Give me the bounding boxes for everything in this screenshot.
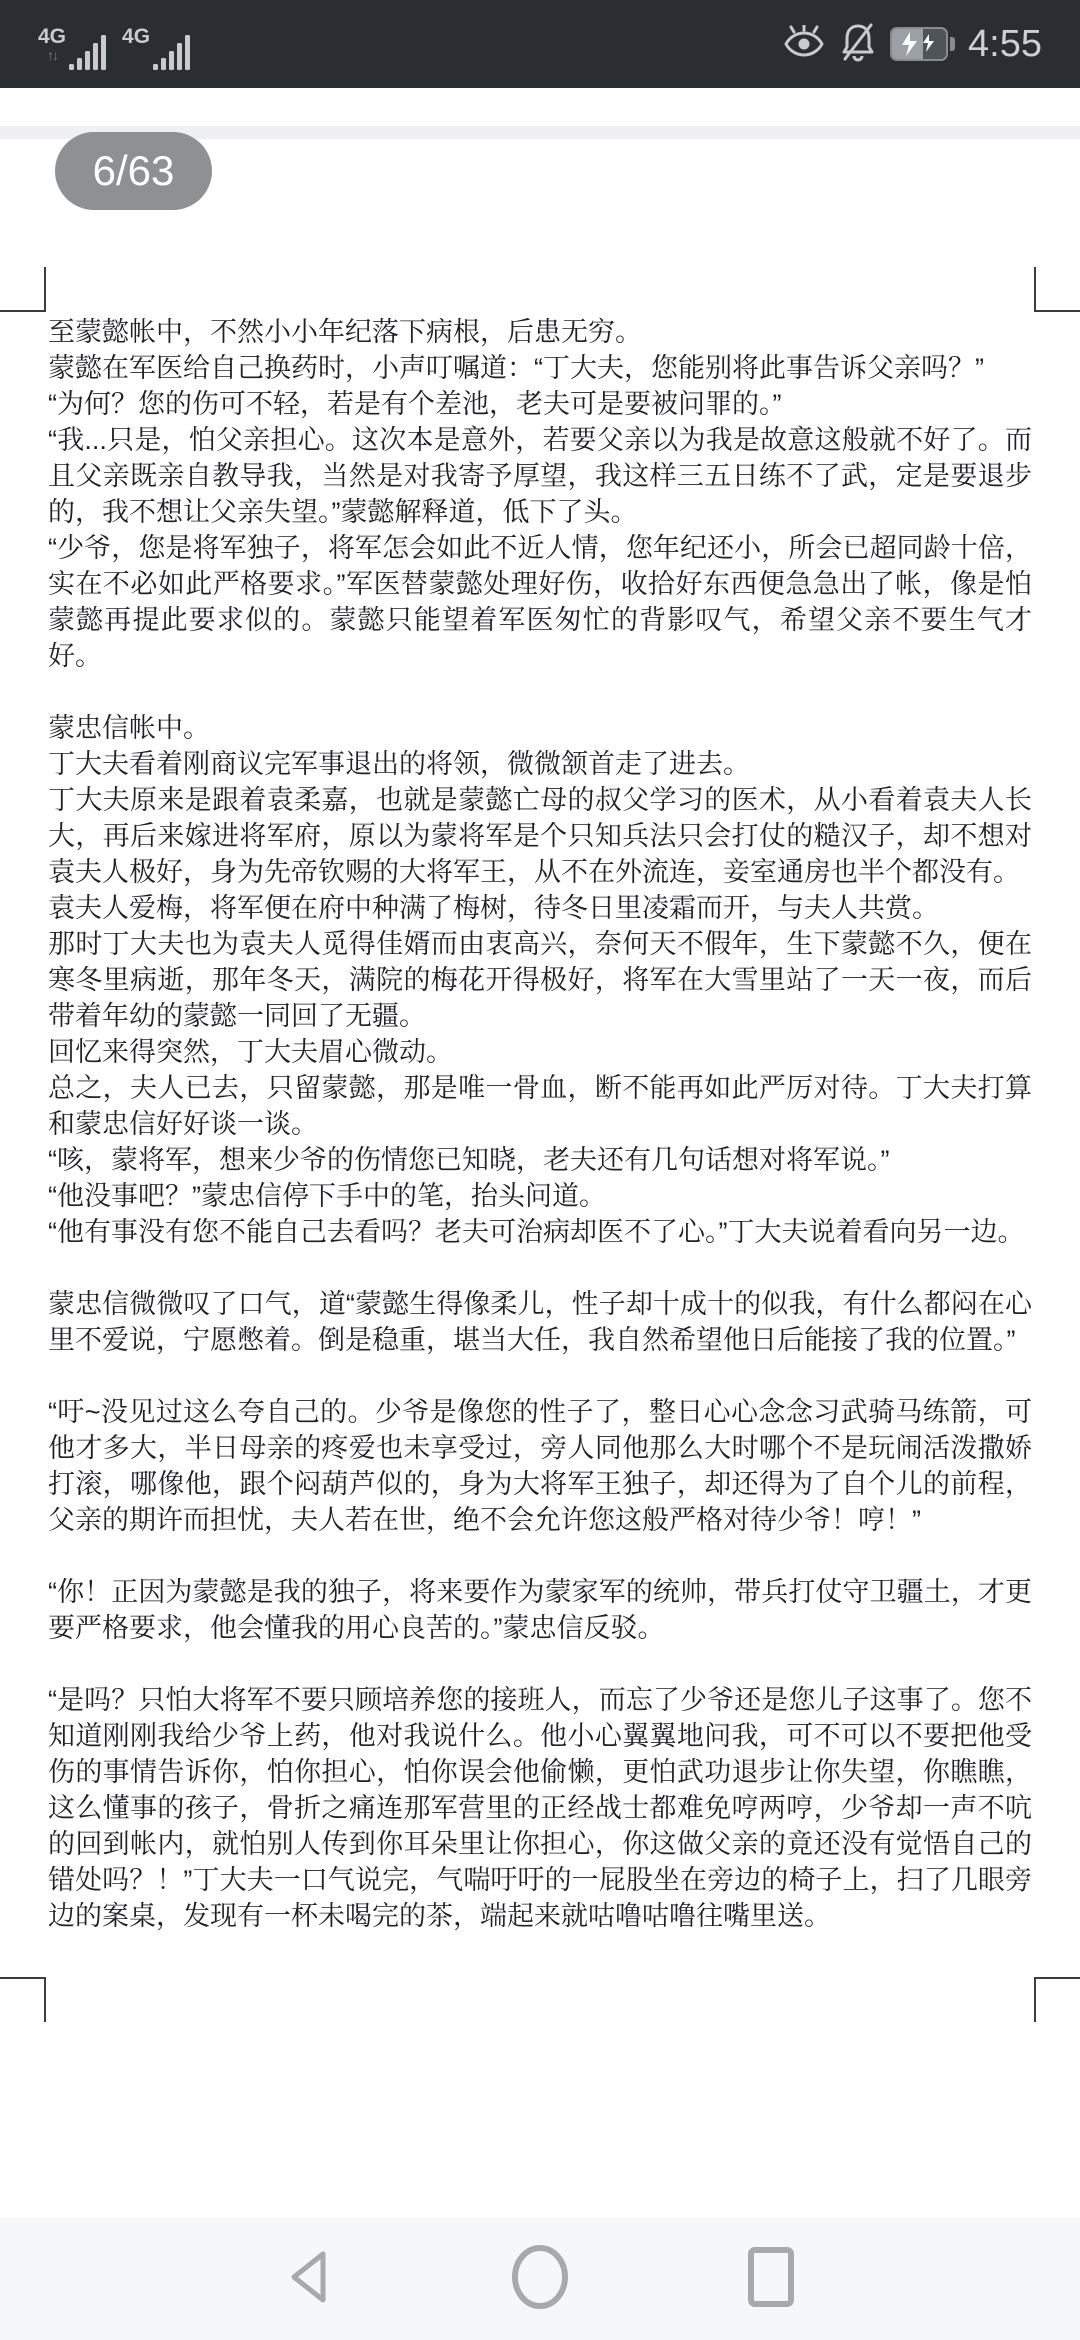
paragraph: 丁大夫原来是跟着袁柔嘉，也就是蒙懿亡母的叔父学习的医术，从小看着袁夫人长大，再后… bbox=[48, 782, 1032, 890]
signal-group: 4G ↑↓ 4G bbox=[38, 18, 190, 70]
navigation-bar bbox=[0, 2218, 1080, 2340]
page-corner-bottom-right bbox=[1034, 1977, 1080, 2022]
sim2-signal: 4G bbox=[122, 26, 190, 70]
paragraph-gap bbox=[48, 1250, 1032, 1286]
paragraph: 蒙懿在军医给自己换药时，小声叮嘱道：“丁大夫，您能别将此事告诉父亲吗？” bbox=[48, 350, 1032, 386]
paragraph: 蒙忠信微微叹了口气，道“蒙懿生得像柔儿，性子却十成十的似我，有什么都闷在心里不爱… bbox=[48, 1286, 1032, 1358]
paragraph-gap bbox=[48, 674, 1032, 710]
home-icon bbox=[510, 2243, 570, 2316]
paragraph: “少爷，您是将军独子，将军怎会如此不近人情，您年纪还小，所会已超同龄十倍，实在不… bbox=[48, 530, 1032, 674]
paragraph: 蒙忠信帐中。 bbox=[48, 710, 1032, 746]
recents-button[interactable] bbox=[747, 2246, 795, 2313]
paragraph: “我...只是，怕父亲担心。这次本是意外，若要父亲以为我是故意这般就不好了。而且… bbox=[48, 422, 1032, 530]
status-indicators: 4:55 bbox=[782, 22, 1042, 67]
back-icon bbox=[285, 2249, 333, 2310]
paragraph: “他有事没有您不能自己去看吗？老夫可治病却医不了心。”丁大夫说着看向另一边。 bbox=[48, 1214, 1032, 1250]
signal-bars-icon bbox=[153, 26, 190, 70]
page-corner-bottom-left bbox=[0, 1977, 46, 2022]
eye-protection-icon bbox=[782, 25, 826, 64]
paragraph: “吁~没见过这么夸自己的。少爷是像您的性子了，整日心心念念习武骑马练箭，可他才多… bbox=[48, 1394, 1032, 1538]
page-indicator-badge: 6/63 bbox=[55, 132, 212, 210]
page-corner-top-right bbox=[1034, 267, 1080, 312]
data-activity-arrows-icon: ↑↓ bbox=[47, 47, 57, 64]
signal-bars-icon bbox=[69, 26, 106, 70]
paragraph: 至蒙懿帐中，不然小小年纪落下病根，后患无穷。 bbox=[48, 314, 1032, 350]
paragraph: “为何？您的伤可不轻，若是有个差池，老夫可是要被问罪的。” bbox=[48, 386, 1032, 422]
paragraph: 回忆来得突然，丁大夫眉心微动。 bbox=[48, 1034, 1032, 1070]
paragraph: “是吗？只怕大将军不要只顾培养您的接班人，而忘了少爷还是您儿子这事了。您不知道刚… bbox=[48, 1682, 1032, 1934]
sim1-network-label: 4G bbox=[38, 26, 66, 47]
paragraph: “咳，蒙将军，想来少爷的伤情您已知晓，老夫还有几句话想对将军说。” bbox=[48, 1142, 1032, 1178]
paragraph: 袁夫人爱梅，将军便在府中种满了梅树，待冬日里凌霜而开，与夫人共赏。 bbox=[48, 890, 1032, 926]
paragraph: “你！正因为蒙懿是我的独子，将来要作为蒙家军的统帅，带兵打仗守卫疆土，才更要严格… bbox=[48, 1574, 1032, 1646]
battery-charging-icon bbox=[890, 27, 955, 61]
paragraph: 那时丁大夫也为袁夫人觅得佳婿而由衷高兴，奈何天不假年，生下蒙懿不久，便在寒冬里病… bbox=[48, 926, 1032, 1034]
paragraph: 丁大夫看着刚商议完军事退出的将领，微微颔首走了进去。 bbox=[48, 746, 1032, 782]
paragraph-gap bbox=[48, 1358, 1032, 1394]
status-bar: 4G ↑↓ 4G bbox=[0, 0, 1080, 88]
paragraph-gap bbox=[48, 1646, 1032, 1682]
sim2-network-label: 4G bbox=[122, 26, 150, 47]
sim1-signal: 4G ↑↓ bbox=[38, 26, 106, 70]
app-top-margin bbox=[0, 88, 1080, 126]
clock-time: 4:55 bbox=[968, 25, 1042, 63]
page-corner-top-left bbox=[0, 267, 46, 312]
reader-page-content[interactable]: 至蒙懿帐中，不然小小年纪落下病根，后患无穷。 蒙懿在军医给自己换药时，小声叮嘱道… bbox=[48, 314, 1032, 1934]
recents-icon bbox=[747, 2246, 795, 2313]
paragraph-gap bbox=[48, 1538, 1032, 1574]
paragraph: “他没事吧？”蒙忠信停下手中的笔，抬头问道。 bbox=[48, 1178, 1032, 1214]
home-button[interactable] bbox=[510, 2243, 570, 2316]
back-button[interactable] bbox=[285, 2249, 333, 2310]
paragraph: 总之，夫人已去，只留蒙懿，那是唯一骨血，断不能再如此严厉对待。丁大夫打算和蒙忠信… bbox=[48, 1070, 1032, 1142]
notifications-muted-icon bbox=[839, 22, 877, 67]
